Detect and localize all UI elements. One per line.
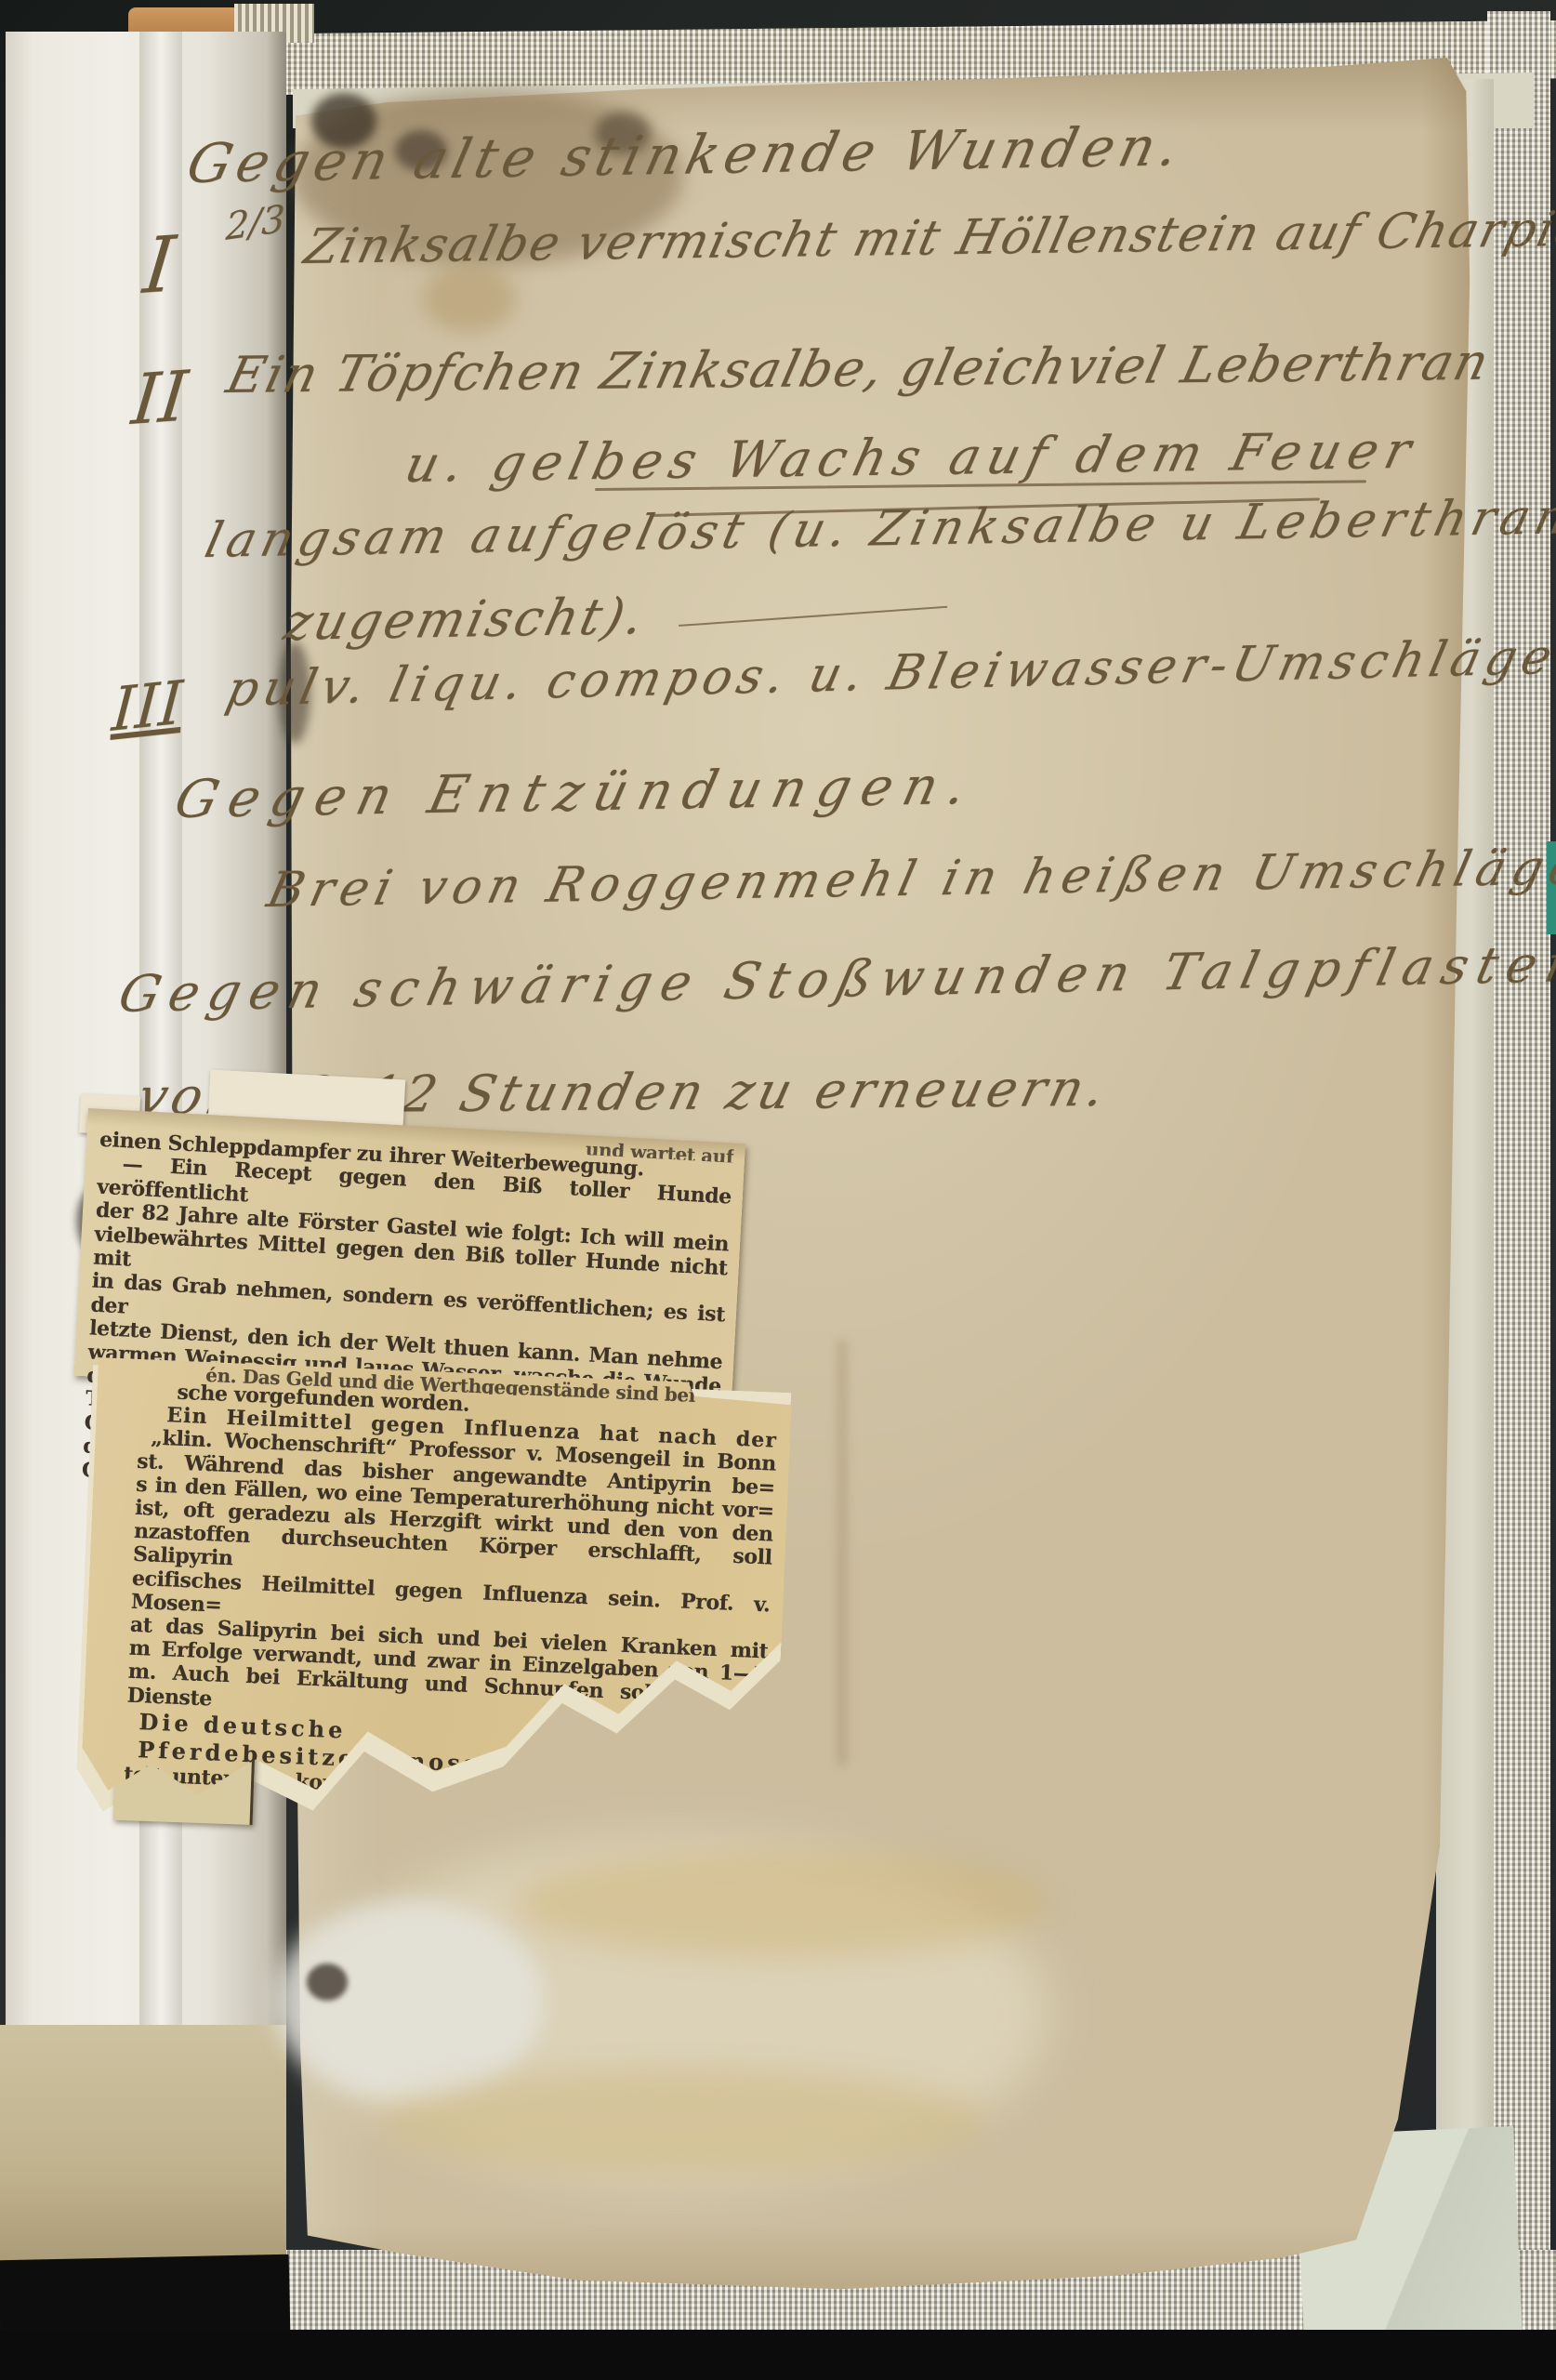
water-stain-pale-patch	[274, 1901, 544, 2101]
numeral-two: II	[128, 356, 191, 441]
numeral-three: III	[110, 668, 185, 746]
fraction-two-thirds: 2/3	[225, 197, 285, 249]
stain-yellow-band	[516, 1850, 1046, 1957]
handwriting-line: zugemischt).	[279, 587, 652, 652]
stain-glue	[423, 265, 516, 332]
drip-streak	[837, 1339, 848, 1766]
book-scan: Gegen alte stinkende Wunden. I 2/3 Zinks…	[0, 0, 1556, 2380]
board-bottom-left	[0, 2025, 286, 2272]
dark-spot	[307, 1963, 348, 2001]
shadow-bottom	[0, 2330, 1556, 2380]
stain-yellow-band	[381, 2069, 985, 2175]
cover-cloth-right	[1487, 11, 1550, 2354]
